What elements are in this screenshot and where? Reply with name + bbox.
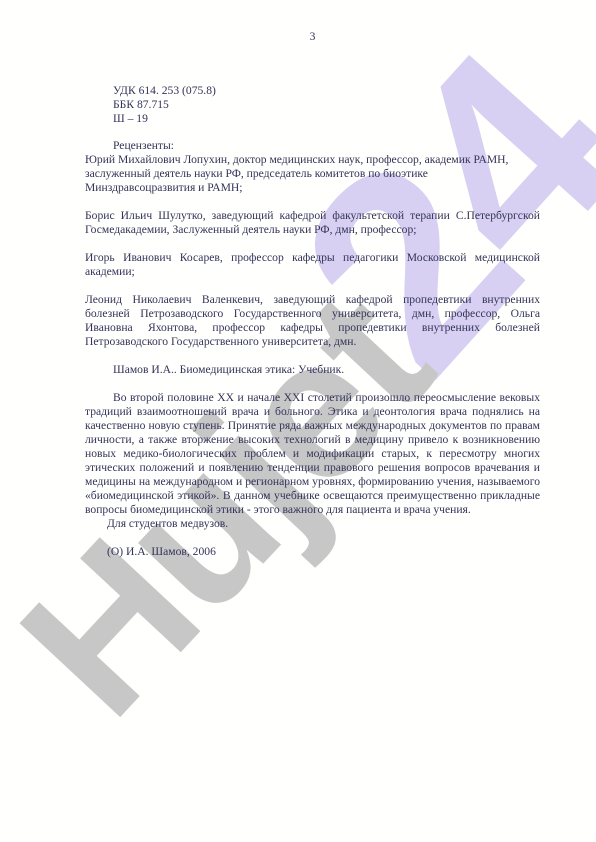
document-page: 24 Hujet 3 УДК 614. 253 (075.8) ББК 87.7… [0, 0, 596, 842]
book-reference-line: Шамов И.А.. Биомедицинская этика: Учебни… [85, 363, 540, 377]
audience-line: Для студентов медвузов. [85, 517, 540, 531]
udk-line: УДК 614. 253 (075.8) [113, 84, 540, 98]
reviewer-paragraph-shulutko: Борис Ильич Шулутко, заведующий кафедрой… [85, 209, 540, 237]
page-number: 3 [85, 30, 540, 44]
bbk-line: ББК 87.715 [113, 98, 540, 112]
reviewer-paragraph-lopukhin: Юрий Михайлович Лопухин, доктор медицинс… [85, 153, 540, 195]
annotation-paragraph: Во второй половине XX и начале XXI столе… [85, 391, 540, 517]
reviewer-paragraph-valenkevich: Леонид Николаевич Валенкевич, заведующий… [85, 293, 540, 349]
reviewers-heading: Рецензенты: [85, 139, 540, 153]
imprint-block: УДК 614. 253 (075.8) ББК 87.715 Ш – 19 [85, 84, 540, 126]
book-code-line: Ш – 19 [113, 112, 540, 126]
page-content: 3 УДК 614. 253 (075.8) ББК 87.715 Ш – 19… [85, 0, 540, 559]
reviewer-paragraph-kosarev: Игорь Иванович Косарев, профессор кафедр… [85, 251, 540, 279]
copyright-line: (О) И.А. Шамов, 2006 [85, 545, 540, 559]
